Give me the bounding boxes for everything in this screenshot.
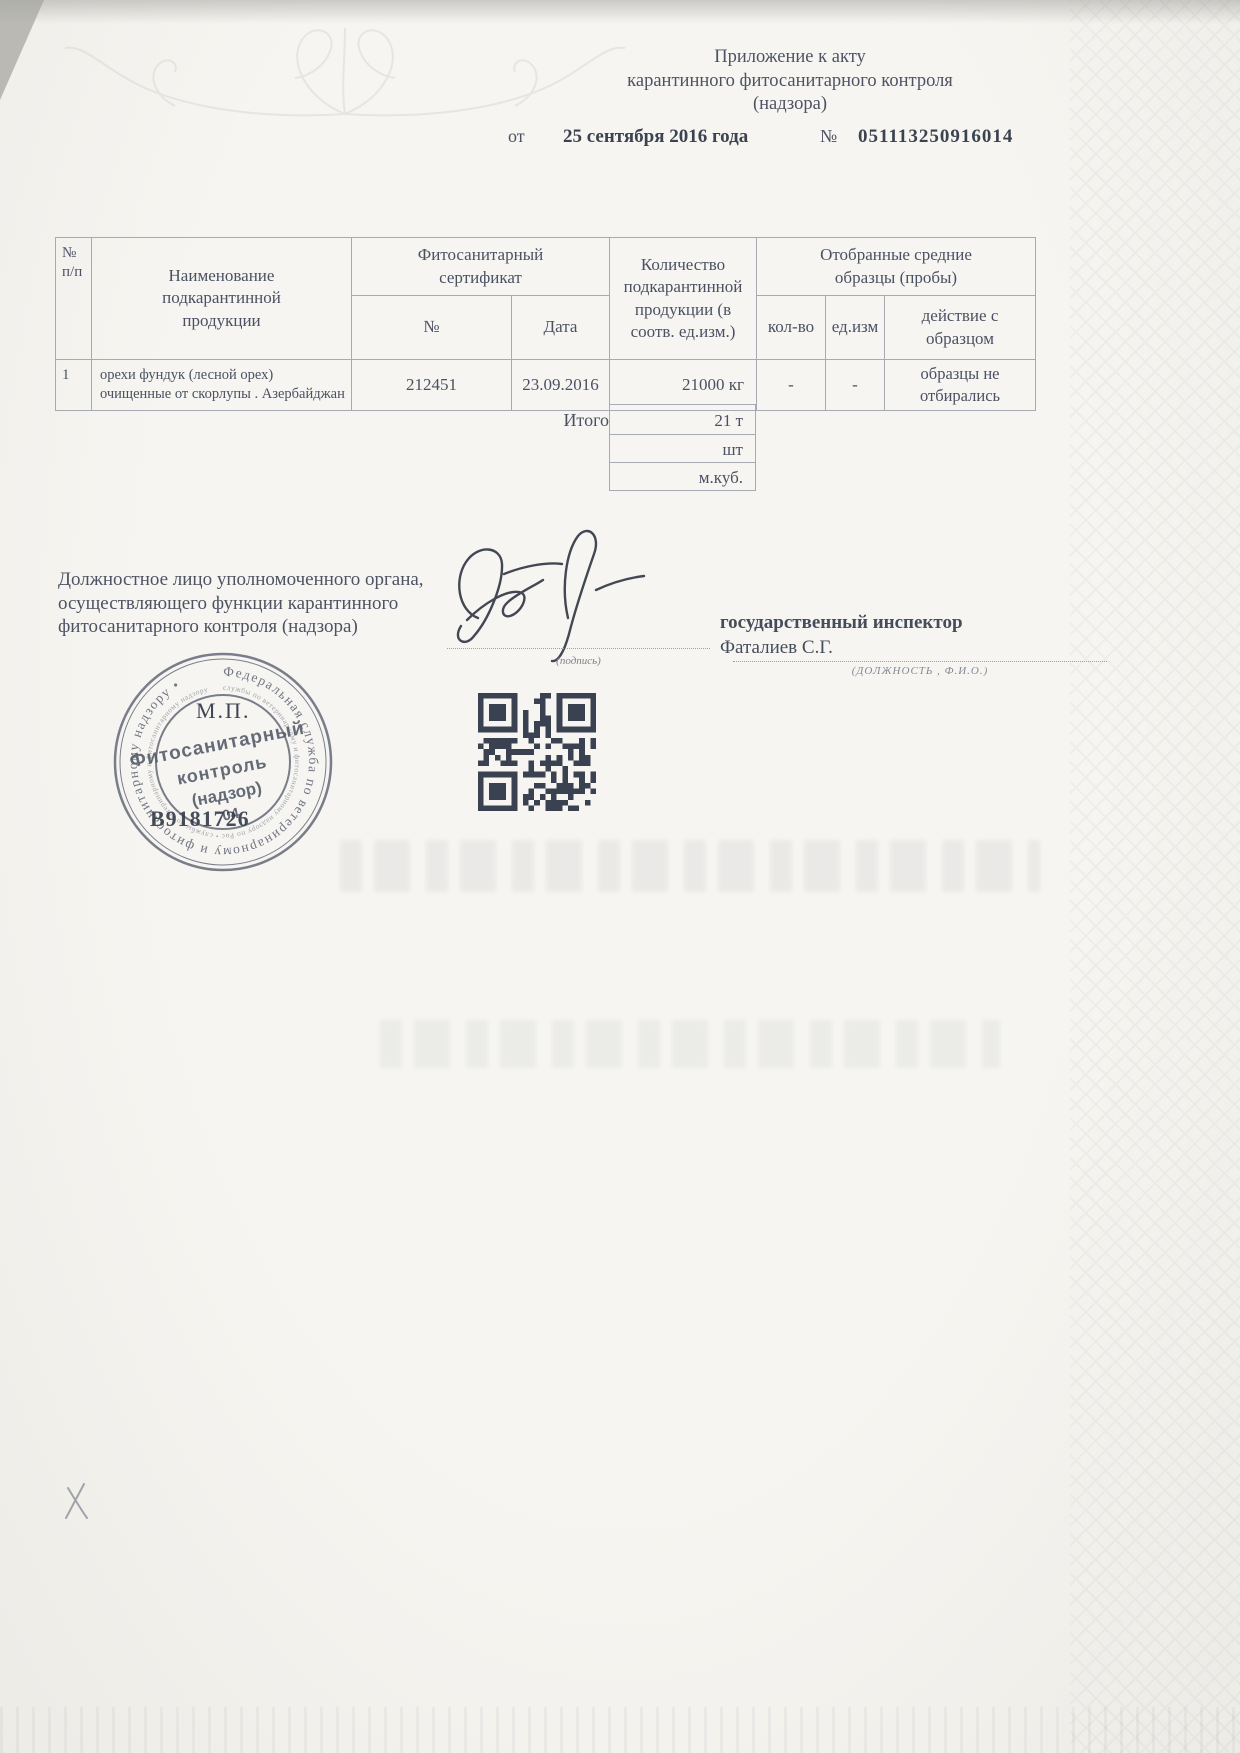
signature bbox=[446, 520, 651, 665]
pencil-mark-icon bbox=[60, 1478, 94, 1524]
col-header-cert-group: Фитосанитарный сертификат bbox=[352, 238, 610, 296]
watermark-right-border bbox=[1070, 0, 1240, 1753]
row-cert-date: 23.09.2016 bbox=[512, 360, 610, 411]
inspector-line bbox=[733, 661, 1107, 662]
watermark-bottom-border bbox=[0, 1707, 1240, 1753]
row-samples-action: образцы не отбирались bbox=[885, 360, 1036, 411]
row-product-name: орехи фундук (лесной орех) очищенные от … bbox=[92, 360, 352, 411]
totals-pieces: шт bbox=[609, 434, 756, 463]
number-sign: № bbox=[820, 126, 837, 147]
col-header-num: № п/п bbox=[56, 238, 92, 360]
scanned-document-page: Приложение к акту карантинного фитосанит… bbox=[0, 0, 1240, 1753]
row-num: 1 bbox=[56, 360, 92, 411]
title-line-2: карантинного фитосанитарного контроля bbox=[600, 70, 980, 94]
totals-cubic: м.куб. bbox=[609, 462, 756, 491]
totals-tons: 21 т bbox=[609, 404, 756, 435]
col-header-samples-unit: ед.изм bbox=[826, 296, 885, 360]
stamp-serial-number: В9181726 bbox=[150, 806, 250, 832]
totals-label: Итого bbox=[351, 405, 627, 436]
col-header-quantity: Количество подкарантинной продукции (в с… bbox=[610, 238, 757, 360]
ornament-flourish-icon bbox=[55, 18, 635, 133]
row-samples-unit: - bbox=[826, 360, 885, 411]
signature-caption: (подпись) bbox=[447, 655, 710, 667]
col-header-samples-action: действие с образцом bbox=[885, 296, 1036, 360]
ink-bleed-through bbox=[380, 1020, 1000, 1068]
official-role-text: Должностное лицо уполномоченного органа,… bbox=[58, 568, 424, 639]
signature-line bbox=[447, 648, 710, 649]
inspector-name: Фаталиев С.Г. bbox=[720, 637, 833, 659]
date-prefix: от bbox=[508, 126, 525, 147]
ink-bleed-through bbox=[340, 840, 1040, 892]
document-number: 051113250916014 bbox=[858, 126, 1013, 148]
row-samples-qty: - bbox=[757, 360, 826, 411]
inspector-caption: (ДОЛЖНОСТЬ , Ф.И.О.) bbox=[733, 665, 1107, 677]
col-header-cert-date: Дата bbox=[512, 296, 610, 360]
title-line-1: Приложение к акту bbox=[600, 46, 980, 70]
document-date: 25 сентября 2016 года bbox=[563, 126, 748, 148]
stamp-place-label: М.П. bbox=[196, 698, 250, 724]
col-header-name: Наименование подкарантинной продукции bbox=[92, 238, 352, 360]
col-header-cert-no: № bbox=[352, 296, 512, 360]
row-quantity: 21000 кг bbox=[610, 360, 757, 411]
col-header-samples-group: Отобранные средние образцы (пробы) bbox=[757, 238, 1036, 296]
qr-code-canvas bbox=[478, 693, 596, 811]
round-stamp-icon: Федеральная служба по ветеринарному и фи… bbox=[112, 650, 334, 874]
products-table: № п/п Наименование подкарантинной продук… bbox=[55, 237, 1036, 411]
row-cert-no: 212451 bbox=[352, 360, 512, 411]
inspector-title: государственный инспектор bbox=[720, 612, 963, 634]
col-header-samples-qty: кол-во bbox=[757, 296, 826, 360]
document-title: Приложение к акту карантинного фитосанит… bbox=[600, 46, 980, 117]
table-row: 1 орехи фундук (лесной орех) очищенные о… bbox=[56, 360, 1036, 411]
qr-code bbox=[478, 693, 596, 811]
title-line-3: (надзора) bbox=[600, 93, 980, 117]
